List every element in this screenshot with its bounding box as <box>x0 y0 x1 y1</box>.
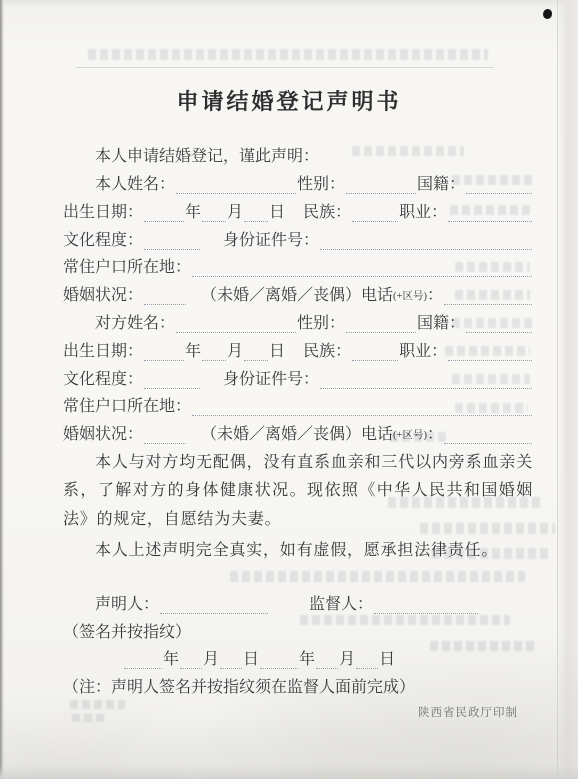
partner-birth-year-blank <box>144 345 184 361</box>
partner-occupation-blank <box>448 345 532 361</box>
supervisor-signature-blank <box>374 598 478 614</box>
partner-residence-label: 常住户口所在地： <box>63 396 191 418</box>
partner-name-row: 对方姓名： 性别： 国籍： <box>95 313 533 335</box>
partner-residence-row: 常住户口所在地： <box>63 396 533 418</box>
partner-nationality-blank <box>466 317 532 333</box>
supervisor-label: 监督人： <box>309 594 373 616</box>
self-phone-area-label: (+区号) <box>393 290 427 307</box>
bleed-through-rule <box>76 67 494 68</box>
day-label: 日 <box>269 341 285 363</box>
printer-credit: 陕西省民政厅印制 <box>418 704 518 720</box>
date-row: 年 月 日 年 月 日 <box>63 649 465 671</box>
partner-ethnicity-blank <box>352 345 398 361</box>
marital-options-text: （未婚／离婚／丧偶） <box>201 424 361 446</box>
page-title: 申请结婚登记声明书 <box>0 85 578 116</box>
year-label: 年 <box>185 341 201 363</box>
self-nationality-blank <box>466 178 532 194</box>
partner-marital-row: 婚姻状况： （未婚／离婚／丧偶） 电话 (+区号) ： <box>63 424 533 446</box>
partner-education-label: 文化程度： <box>63 369 143 391</box>
self-id-blank <box>320 234 532 250</box>
partner-name-label: 对方姓名： <box>95 313 175 335</box>
partner-name-blank <box>176 317 296 333</box>
self-name-blank <box>176 178 296 194</box>
scan-edge-right <box>557 0 578 779</box>
month-label: 月 <box>339 649 355 671</box>
month-label: 月 <box>227 202 243 224</box>
bottom-note-text: （注：声明人签名并按指纹须在监督人面前完成） <box>63 677 415 699</box>
self-id-label: 身份证件号： <box>223 230 319 252</box>
self-name-row: 本人姓名： 性别： 国籍： <box>95 174 533 196</box>
self-birth-day-blank <box>244 206 268 222</box>
declarant-date-month-blank <box>180 653 202 669</box>
partner-ethnicity-label: 民族： <box>303 341 351 363</box>
supervisor-date-day-blank <box>356 653 378 669</box>
phone-colon: ： <box>427 424 443 446</box>
partner-birth-day-blank <box>244 345 268 361</box>
partner-occupation-label: 职业： <box>399 341 447 363</box>
partner-marital-blank <box>144 428 186 444</box>
partner-birthdate-label: 出生日期： <box>63 341 143 363</box>
self-residence-row: 常住户口所在地： <box>63 257 533 279</box>
self-education-blank <box>144 234 200 250</box>
self-residence-blank <box>192 261 532 277</box>
supervisor-date-month-blank <box>316 653 338 669</box>
self-ethnicity-label: 民族： <box>303 202 351 224</box>
self-birth-year-blank <box>144 206 184 222</box>
partner-phone-area-label: (+区号) <box>393 429 427 446</box>
scan-edge-top <box>0 0 578 7</box>
partner-nationality-label: 国籍： <box>417 313 465 335</box>
self-occupation-blank <box>448 206 532 222</box>
self-birth-month-blank <box>202 206 226 222</box>
scan-ink-dot <box>543 9 552 19</box>
partner-phone-blank <box>444 428 532 444</box>
marital-options-text: （未婚／离婚／丧偶） <box>201 285 361 307</box>
declarant-signature-blank <box>160 598 268 614</box>
self-gender-blank <box>346 178 416 194</box>
partner-id-blank <box>320 373 532 389</box>
scan-edge-bottom <box>0 765 578 779</box>
self-gender-label: 性别： <box>297 174 345 196</box>
intro-line: 本人申请结婚登记，谨此声明： <box>95 146 533 168</box>
partner-id-label: 身份证件号： <box>223 369 319 391</box>
self-marital-blank <box>144 289 186 305</box>
supervisor-date-year-blank <box>260 653 298 669</box>
declarant-date-day-blank <box>220 653 242 669</box>
year-label: 年 <box>163 649 179 671</box>
partner-gender-blank <box>346 317 416 333</box>
partner-marital-label: 婚姻状况： <box>63 424 143 446</box>
self-phone-blank <box>444 289 532 305</box>
partner-education-row: 文化程度： 身份证件号： <box>63 369 533 391</box>
sign-instruction-text: （签名并按指纹） <box>63 622 191 644</box>
scan-edge-left <box>0 0 4 779</box>
bleed-through-mark <box>72 714 106 722</box>
intro-text: 本人申请结婚登记，谨此声明： <box>95 146 319 168</box>
declarant-label: 声明人： <box>95 594 159 616</box>
self-education-label: 文化程度： <box>63 230 143 252</box>
self-marital-row: 婚姻状况： （未婚／离婚／丧偶） 电话 (+区号) ： <box>63 285 533 307</box>
sign-instruction-row: （签名并按指纹） <box>63 622 533 644</box>
declaration-paragraph: 本人与对方均无配偶，没有直系血亲和三代以内旁系血亲关系，了解对方的身体健康状况。… <box>63 449 533 534</box>
bleed-through-mark <box>88 49 488 60</box>
partner-residence-blank <box>192 400 532 416</box>
self-nationality-label: 国籍： <box>417 174 465 196</box>
bleed-through-mark <box>230 571 525 582</box>
phone-colon: ： <box>427 285 443 307</box>
scanned-marriage-declaration-page: 申请结婚登记声明书 本人申请结婚登记，谨此声明： 本人姓名： 性别： 国籍： 出… <box>0 0 578 779</box>
self-birthdate-label: 出生日期： <box>63 202 143 224</box>
partner-birth-month-blank <box>202 345 226 361</box>
self-occupation-label: 职业： <box>399 202 447 224</box>
bottom-note-row: （注：声明人签名并按指纹须在监督人面前完成） <box>63 677 533 699</box>
declarant-date-year-blank <box>124 653 162 669</box>
partner-gender-label: 性别： <box>297 313 345 335</box>
month-label: 月 <box>203 649 219 671</box>
self-name-label: 本人姓名： <box>95 174 175 196</box>
day-label: 日 <box>379 649 395 671</box>
partner-education-blank <box>144 373 200 389</box>
day-label: 日 <box>243 649 259 671</box>
day-label: 日 <box>269 202 285 224</box>
partner-phone-label: 电话 <box>361 424 393 446</box>
year-label: 年 <box>185 202 201 224</box>
year-label: 年 <box>299 649 315 671</box>
self-education-row: 文化程度： 身份证件号： <box>63 230 533 252</box>
self-phone-label: 电话 <box>361 285 393 307</box>
self-residence-label: 常住户口所在地： <box>63 257 191 279</box>
self-marital-label: 婚姻状况： <box>63 285 143 307</box>
bleed-through-mark <box>70 700 125 709</box>
partner-birth-row: 出生日期： 年 月 日 民族： 职业： <box>63 341 533 363</box>
month-label: 月 <box>227 341 243 363</box>
truthfulness-paragraph: 本人上述声明完全真实，如有虚假，愿承担法律责任。 <box>63 537 533 565</box>
self-birth-row: 出生日期： 年 月 日 民族： 职业： <box>63 202 533 224</box>
self-ethnicity-blank <box>352 206 398 222</box>
signature-row: 声明人： 监督人： <box>95 594 475 616</box>
